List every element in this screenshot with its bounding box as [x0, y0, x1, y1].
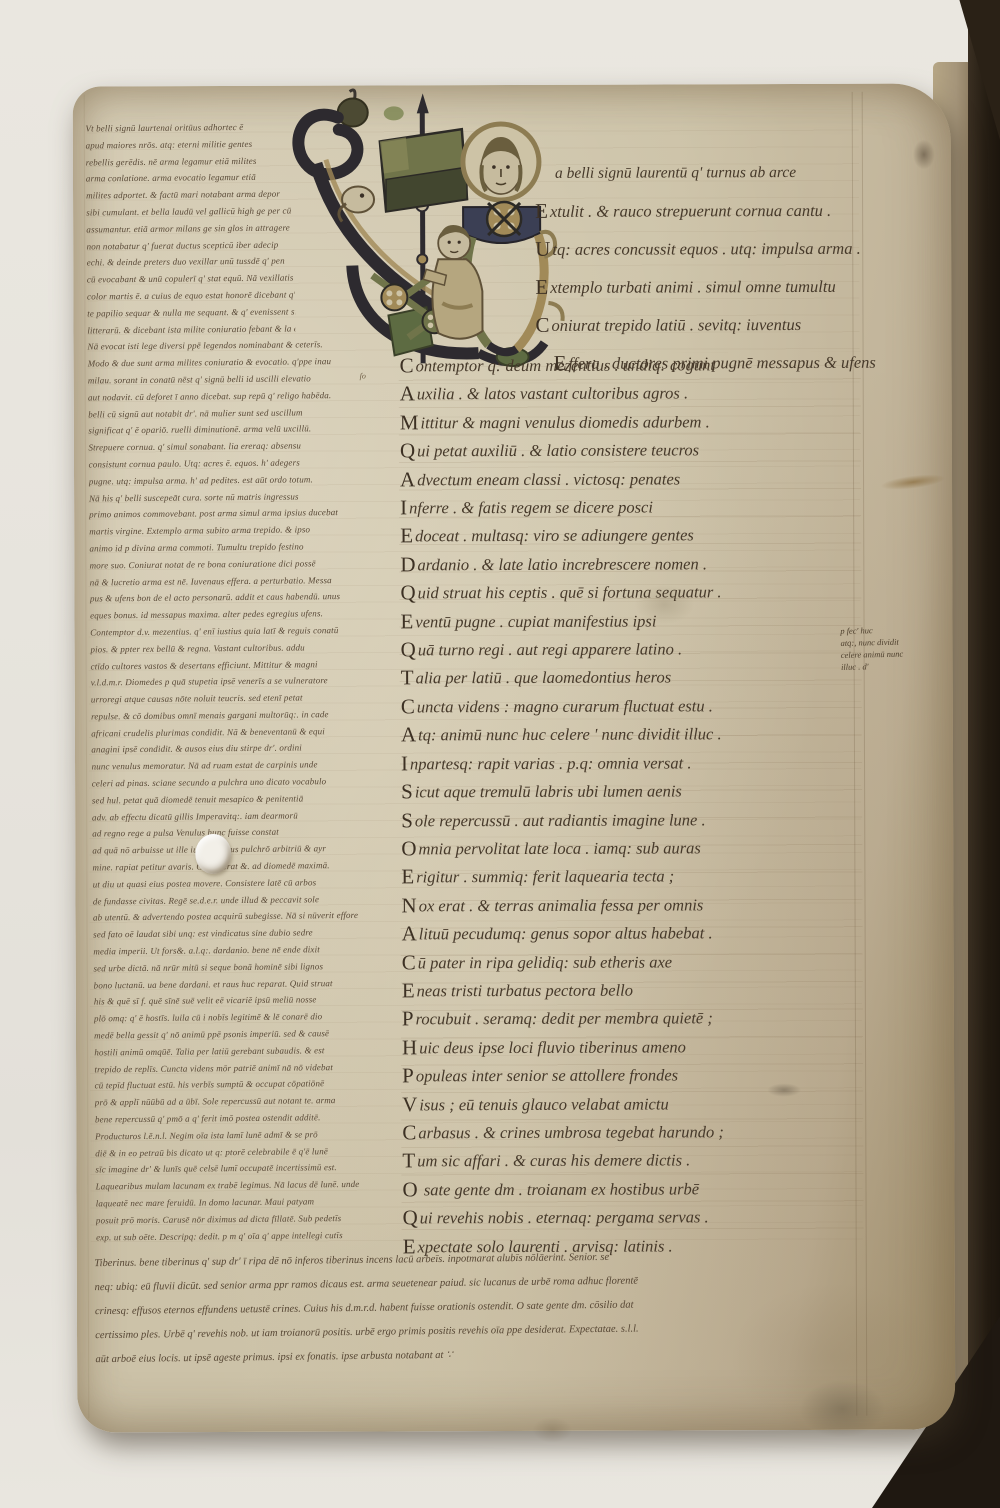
verse-line: Inpartesq: rapit varias . p.q: omnia ver… [401, 747, 871, 777]
verse-text: uxilia . & latos vastant cultoribus agro… [417, 384, 688, 404]
verse-line: Atq: animū nunc huc celere ' nunc dividi… [401, 719, 871, 749]
stain [879, 472, 946, 493]
verse-initial: D [400, 551, 417, 578]
verse-initial: C [402, 1119, 418, 1146]
verse-text: ardanio . & late latio increbrescere nom… [417, 554, 707, 574]
verse-text: lituū pecudumq: genus sopor altus habeba… [419, 923, 713, 943]
gloss-line: arma conlatione. arma evocatio legamur e… [86, 169, 294, 188]
stain [799, 1380, 885, 1438]
verse-text: dvectum eneam classi . victosq: penates [417, 469, 680, 489]
gloss-line: rebellis gerēdis. nē arma legamur etiā m… [86, 152, 294, 171]
verse-initial: C [401, 693, 417, 720]
verse-initial: V [402, 1091, 419, 1118]
verse-initial: P [402, 1063, 416, 1090]
verse-initial: Q [400, 580, 417, 607]
gloss-line: sibi cumulant. et bella laudū vel gallic… [86, 202, 294, 221]
verse-text: doceat . multasq: viro se adiungere gent… [415, 526, 694, 546]
verse-line: Dardanio . & late latio increbrescere no… [400, 549, 870, 579]
verse-line: Nox erat . & terras animalia fessa per o… [401, 889, 871, 919]
verse-text: alia per latiū . que laomedontius heros [416, 668, 672, 688]
verse-text: um sic affari . & curas his demere dicti… [417, 1151, 690, 1171]
gloss-line: te papilio sequar & nulla me sequant. & … [87, 303, 295, 322]
verse-initial: E [535, 269, 550, 306]
verse-line: Qui revehis nobis . eternaq: pergama ser… [403, 1202, 873, 1232]
verse-text: xtulit . & rauco strepuerunt cornua cant… [550, 201, 831, 221]
verse-line: Alituū pecudumq: genus sopor altus habeb… [402, 918, 872, 948]
verse-initial: O [401, 835, 418, 862]
verse-text: neas tristi turbatus pectora bello [417, 981, 633, 1001]
verse-line: Cū pater in ripa gelidiq: sub etheris ax… [402, 946, 872, 976]
gloss-line: litterarū. & dicebant ista milite coniur… [87, 320, 295, 339]
verse-text: tq: animū nunc huc celere ' nunc dividit… [418, 725, 722, 745]
verse-initial: I [401, 750, 410, 777]
verse-line: Omnia pervolitat late loca . iamq: sub a… [401, 833, 871, 863]
verse-text: arbasus . & crines umbrosa tegebat harun… [418, 1122, 724, 1142]
verse-initial: A [400, 466, 417, 493]
verse-text: ui petat auxiliū . & latio consistere te… [417, 441, 699, 461]
verse-initial: P [402, 1006, 416, 1033]
verse-text: npartesq: rapit varias . p.q: omnia vers… [410, 753, 691, 773]
stain [634, 584, 694, 624]
verse-line: Contemptor q: deum mezentius . undiq: co… [400, 350, 870, 380]
verse-initial: E [402, 977, 417, 1004]
verse-line: Extulit . & rauco strepuerunt cornua can… [535, 191, 865, 230]
verse-text: uncta videns : magno curarum fluctuat es… [417, 696, 713, 716]
photograph-of-manuscript: { "manuscript": { "content_note": "Virgi… [0, 0, 1000, 1508]
verse-line: Coniurat trepido latiū . sevitq: iuventu… [535, 305, 865, 344]
verse-initial: H [402, 1034, 419, 1061]
verse-line: Sole repercussū . aut radiantis imagine … [401, 804, 871, 834]
verse-initial: N [401, 892, 418, 919]
verse-initial: S [401, 778, 415, 805]
verse-text: rigitur . summiq: ferit laquearia tecta … [416, 867, 674, 887]
verse-text: uic deus ipse loci fluvio tiberinus amen… [419, 1037, 686, 1057]
verse-line: Inferre . & fatis regem se dicere posci [400, 492, 870, 522]
gloss-line: assumantur. etiā armor milans ge sin glo… [86, 219, 294, 238]
verse-line: Huic deus ipse loci fluvio tiberinus ame… [402, 1032, 872, 1062]
verse-text: sate gente dm . troianam ex hostibus urb… [420, 1179, 699, 1199]
verse-line: Tum sic affari . & curas his demere dict… [402, 1145, 872, 1175]
gloss-line: cū evocabant & unū copulerī q' stat equū… [87, 270, 295, 289]
margin-note-line: illuc . d' [841, 658, 961, 673]
verse-initial: T [402, 1148, 417, 1175]
verse-text: mnia pervolitat late loca . iamq: sub au… [418, 838, 700, 858]
verse-initial: E [535, 193, 550, 230]
margin-note: p fec' hucatq:, nunc dividitcelere animū… [840, 622, 961, 673]
stain [532, 1417, 572, 1443]
verse-line: Talia per latiū . que laomedontius heros [401, 662, 871, 692]
verse-initial: C [402, 949, 418, 976]
verse-initial: Q [400, 438, 417, 465]
verse-initial: A [400, 381, 417, 408]
gloss-line: color martis ē. a cuius de equo estat ho… [87, 286, 295, 305]
verse-initial: E [400, 608, 415, 635]
gloss-line: milites adportet. & factū mari notabant … [86, 186, 294, 205]
verse-initial: Q [403, 1205, 420, 1232]
verse-line: Sicut aque tremulū labris ubi lumen aeni… [401, 776, 871, 806]
verse-text: tq: acres concussit equos . utq: impulsa… [552, 239, 860, 259]
verse-line: Edoceat . multasq: viro se adiungere gen… [400, 520, 870, 550]
verse-initial: E [400, 523, 415, 550]
verse-line: Mittitur & magni venulus diomedis adurbe… [400, 407, 870, 437]
verse-line: Auxilia . & latos vastant cultoribus agr… [400, 378, 870, 408]
verse-text: ole repercussū . aut radiantis imagine l… [415, 810, 706, 830]
verse-initial: U [535, 231, 552, 268]
gloss-line: non notabatur q' fuerat ductus scepticū … [86, 236, 294, 255]
verse-initial: C [400, 352, 416, 379]
verse-text: nferre . & fatis regem se dicere posci [409, 498, 653, 518]
stain [913, 140, 935, 170]
verse-text: rocubuit . seramq: dedit per membra quie… [416, 1009, 713, 1029]
verse-line: Procubuit . seramq: dedit per membra qui… [402, 1003, 872, 1033]
verse-line: Qui petat auxiliū . & latio consistere t… [400, 435, 870, 465]
verse-line: Advectum eneam classi . victosq: penates [400, 463, 870, 493]
verse-initial: M [400, 409, 421, 436]
parchment-hole [195, 834, 231, 874]
verse-line: Carbasus . & crines umbrosa tegebat haru… [402, 1117, 872, 1147]
verse-text: isus ; eū tenuis glauco velabat amictu [419, 1094, 668, 1114]
gloss-line: Vt belli signū laurtenai oritūus adhorte… [85, 118, 293, 137]
verse-text: ventū pugne . cupiat manifestius ipsi [415, 611, 656, 631]
verse-initial: A [401, 722, 418, 749]
gloss-column: Vt belli signū laurtenai oritūus adhorte… [85, 117, 416, 1245]
verse-text: uā turno regi . aut regi apparere latino… [418, 639, 682, 659]
verse-initial: I [400, 494, 409, 521]
verse-text: ox erat . & terras animalia fessa per om… [419, 895, 704, 915]
verse-line: Cuncta videns : magno curarum fluctuat e… [401, 691, 871, 721]
verse-initial: E [401, 864, 416, 891]
verse-text: icut aque tremulū labris ubi lumen aenis [415, 782, 682, 802]
verse-column-top: a belli signū laurentū q' turnus ab arce… [535, 154, 866, 382]
verse-initial: S [401, 807, 415, 834]
verse-text: xtemplo turbati animi . simul omne tumul… [550, 277, 836, 297]
parchment-folio: ſo Vt belli signū laurtenai oritūus adho… [73, 83, 956, 1432]
verse-initial: Q [401, 636, 418, 663]
verse-text: a belli signū laurentū q' turnus ab arce [555, 164, 796, 182]
verse-line: Eneas tristi turbatus pectora bello [402, 975, 872, 1005]
verse-line: Erigitur . summiq: ferit laquearia tecta… [401, 861, 871, 891]
verse-line: Extemplo turbati animi . simul omne tumu… [535, 267, 865, 306]
verse-text: opuleas inter senior se attollere fronde… [416, 1066, 678, 1086]
verse-text: ū pater in ripa gelidiq: sub etheris axe [418, 952, 672, 972]
verse-initial: C [535, 307, 551, 344]
verse-text: oniurat trepido latiū . sevitq: iuventus [551, 315, 801, 335]
verse-text: ontemptor q: deum mezentius . undiq: cog… [416, 355, 715, 375]
book-cover-edge [968, 0, 1000, 1508]
verse-line: Quā turno regi . aut regi apparere latin… [401, 634, 871, 664]
verse-column: Contemptor q: deum mezentius . undiq: co… [400, 350, 873, 1261]
verse-text: ittitur & magni venulus diomedis adurbem… [420, 412, 709, 432]
verse-initial: T [401, 665, 416, 692]
verse-initial: O [402, 1176, 419, 1203]
gloss-line: apud maiores nrōs. atq: eterni militie g… [85, 135, 293, 154]
verse-text: ui revehis nobis . eternaq: pergama serv… [420, 1208, 709, 1228]
verse-line: a belli signū laurentū q' turnus ab arce [535, 154, 865, 192]
verse-line: Utq: acres concussit equos . utq: impuls… [535, 229, 865, 268]
verse-line: O sate gente dm . troianam ex hostibus u… [402, 1174, 872, 1204]
verse-initial: A [402, 920, 419, 947]
gloss-line: echi. & deinde preters duo vexillar unū … [87, 253, 295, 272]
stain [764, 1082, 804, 1098]
